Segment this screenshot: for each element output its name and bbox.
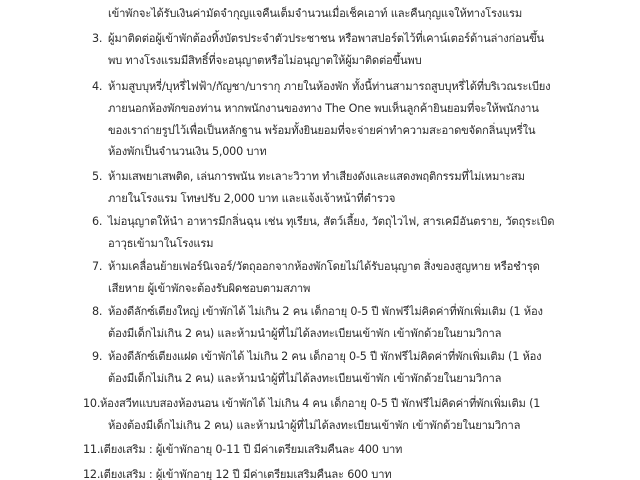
item-12-line-1: เตียงเสริม : ผู้เข้าพักอายุ 12 ปี มีค่าเ… <box>100 467 391 480</box>
item-8-line-1: ห้องดีลักซ์เตียงใหญ่ เข้าพักได้ ไม่เกิน … <box>108 304 543 320</box>
item-4-line-4: ห้องพักเป็นจำนวนเงิน 5,000 บาท <box>108 144 267 160</box>
item-5-number: 5. <box>92 169 102 185</box>
item-10-number: 10. <box>83 396 100 412</box>
item-4-line-1: ห้ามสูบบุหรี่/บุหรี่ไฟฟ้า/กัญชา/บารากุ ภ… <box>108 79 550 95</box>
item-3-line-1: ผู้มาติดต่อผู้เข้าพักต้องทิ้งบัตรประจำตั… <box>108 31 544 47</box>
item-5-line-2: ภายในโรงแรม โทษปรับ 2,000 บาท และแจ้งเจ้… <box>108 191 395 207</box>
item-3-line-2: พบ ทางโรงแรมมีสิทธิ์ที่จะอนุญาตหรือไม่อน… <box>108 53 422 69</box>
item-10-line-2: ห้องต้องมีเด็กไม่เกิน 2 คน) และห้ามนำผู้… <box>108 418 520 434</box>
item-3-number: 3. <box>92 31 102 47</box>
item-4-line-2: ภายนอกห้องพักของท่าน หากพนักงานของทาง Th… <box>108 101 539 117</box>
item-10-line-1: ห้องสวีทแบบสองห้องนอน เข้าพักได้ ไม่เกิน… <box>100 396 540 412</box>
document-page: เข้าพักจะได้รับเงินค่ามัดจำกุญแจคืนเต็มจ… <box>0 0 640 480</box>
item-6-line-2: อาวุธเข้ามาในโรงแรม <box>108 236 213 252</box>
item-4-number: 4. <box>92 79 102 95</box>
item-5-line-1: ห้ามเสพยาเสพติด, เล่นการพนัน ทะเลาะวิวาท… <box>108 169 525 185</box>
item-8-number: 8. <box>92 304 102 320</box>
item-7-line-1: ห้ามเคลื่อนย้ายเฟอร์นิเจอร์/วัตถุออกจากห… <box>108 259 540 275</box>
item-12-number: 12. <box>83 467 100 480</box>
item-11-line-1: เตียงเสริม : ผู้เข้าพักอายุ 0-11 ปี มีค่… <box>100 442 402 458</box>
item-2-line-1: เข้าพักจะได้รับเงินค่ามัดจำกุญแจคืนเต็มจ… <box>108 6 522 22</box>
item-7-number: 7. <box>92 259 102 275</box>
item-8-line-2: ต้องมีเด็กไม่เกิน 2 คน) และห้ามนำผู้ที่ไ… <box>108 326 501 342</box>
item-4-line-3: ของเราถ่ายรูปไว้เพื่อเป็นหลักฐาน พร้อมทั… <box>108 123 535 139</box>
item-9-line-2: ต้องมีเด็กไม่เกิน 2 คน) และห้ามนำผู้ที่ไ… <box>108 371 501 387</box>
item-6-line-1: ไม่อนุญาตให้นำ อาหารมีกลิ่นฉุน เช่น ทุเร… <box>108 214 554 230</box>
item-6-number: 6. <box>92 214 102 230</box>
item-7-line-2: เสียหาย ผู้เข้าพักจะต้องรับผิดชอบตามสภาพ <box>108 281 310 297</box>
item-9-line-1: ห้องดีลักซ์เตียงแฝด เข้าพักได้ ไม่เกิน 2… <box>108 349 541 365</box>
item-9-number: 9. <box>92 349 102 365</box>
item-11-number: 11. <box>83 442 100 458</box>
